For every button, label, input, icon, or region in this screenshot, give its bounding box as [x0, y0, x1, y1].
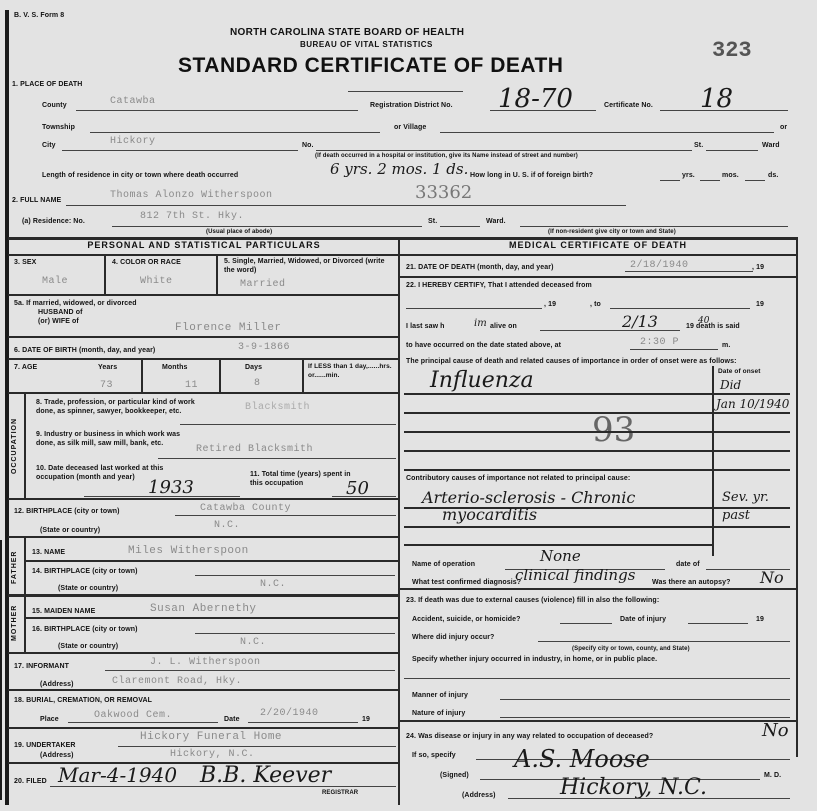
burial-place-label: Place [40, 716, 59, 723]
external-label: 23. If death was due to external causes … [406, 597, 659, 604]
less-than-label: If LESS than 1 day,......hrs. or......mi… [308, 362, 396, 380]
dod-line [625, 271, 753, 272]
cause-line-5 [404, 469, 790, 471]
last-saw-label-1: I last saw h [406, 323, 445, 330]
cause-line-1 [404, 393, 790, 395]
us-mos-label: mos. [722, 172, 739, 179]
contrib-onset-2: past [722, 508, 750, 523]
from-19: , 19 [544, 301, 556, 308]
undertaker-label: 19. UNDERTAKER [14, 742, 76, 749]
city-value: Hickory [110, 136, 156, 147]
trade-line [180, 424, 396, 425]
manner-label: Manner of injury [412, 692, 468, 699]
undertaker-line [118, 746, 396, 747]
residence-length-value: 6 yrs. 2 mos. 1 ds. [330, 160, 468, 178]
cause-label: The principal cause of death and related… [406, 357, 792, 366]
onset-1: Did [720, 378, 741, 392]
undertaker-address-label: (Address) [40, 752, 74, 759]
contributory-label: Contributory causes of importance not re… [406, 474, 706, 483]
city-ward-label: Ward [762, 142, 780, 149]
mother-side-label: MOTHER [11, 596, 18, 650]
cause-line-4 [404, 450, 790, 452]
medical-header-line [400, 254, 796, 256]
county-label: County [42, 102, 67, 109]
burial-date-label: Date [224, 716, 240, 723]
injury-place-line [404, 678, 790, 679]
county-line [76, 110, 358, 111]
race-label: 4. COLOR OR RACE [112, 259, 181, 266]
date-of-label: date of [676, 561, 700, 568]
last-worked-value: 1933 [148, 477, 194, 498]
form-id: B. V. S. Form 8 [14, 12, 64, 19]
age-months-label: Months [162, 364, 187, 371]
township-line [90, 132, 380, 133]
race-value: White [140, 276, 173, 287]
personal-section-title: PERSONAL AND STATISTICAL PARTICULARS [10, 240, 398, 250]
age-years-value: 73 [100, 380, 113, 391]
dod-bottom-line [400, 276, 796, 278]
mother-state-label: (State or country) [58, 643, 118, 650]
injury-bottom-line [400, 720, 796, 722]
specify-whether-note: Specify whether injury occurred in indus… [412, 656, 657, 663]
informant-bottom-line [8, 689, 398, 691]
certify-label: 22. I HEREBY CERTIFY, That I attended de… [406, 282, 592, 289]
spouse-label-3: (or) WIFE of [38, 318, 79, 325]
industry-value: Retired Blacksmith [196, 444, 313, 455]
us-ds-label: ds. [768, 172, 778, 179]
township-label: Township [42, 124, 75, 131]
village-label: or Village [394, 124, 426, 131]
father-side-label: FATHER [11, 540, 18, 594]
accident-label: Accident, suicide, or homicide? [412, 616, 521, 623]
birthplace-line [175, 515, 396, 516]
birthplace-bottom-line [8, 536, 398, 538]
confirmed-label: What test confirmed diagnosis? [412, 579, 521, 586]
us-yrs-label: yrs. [682, 172, 695, 179]
signed-label: (Signed) [440, 772, 469, 779]
industry-line [158, 458, 396, 459]
last-saw-label-2: alive on [490, 323, 517, 330]
date-onset-label: Date of onset [718, 368, 760, 375]
principal-cause: Influenza [430, 368, 534, 393]
filed-value: Mar-4-1940 [58, 763, 177, 787]
bureau-name: BUREAU OF VITAL STATISTICS [300, 40, 433, 49]
cause-line-2 [404, 412, 790, 414]
burial-place-value: Oakwood Cem. [94, 710, 172, 721]
burial-bottom-line [8, 727, 398, 729]
age-divider-1 [141, 358, 143, 392]
mother-birthplace-label: 16. BIRTHPLACE (city or town) [32, 626, 138, 633]
operation-bottom-line [400, 588, 796, 590]
medical-section-title: MEDICAL CERTIFICATE OF DEATH [400, 240, 796, 250]
right-divider [796, 237, 798, 757]
informant-label: 17. INFORMANT [14, 663, 69, 670]
last-saw-gender: im [474, 318, 487, 329]
residence-ward-label: Ward. [486, 218, 506, 225]
city-no-label: No. [302, 142, 314, 149]
occupation-bottom-line [8, 498, 398, 500]
burial-date-line [248, 722, 358, 723]
undertaker-address-value: Hickory, N.C. [170, 749, 255, 760]
last-saw-line [540, 330, 680, 331]
marital-value: Married [240, 279, 286, 290]
to-label: , to [590, 301, 601, 308]
physician-address-line [508, 798, 790, 799]
registrar-signature: B.B. Keever [200, 763, 331, 788]
left-margin-edge [0, 540, 2, 800]
us-ds-line [745, 180, 765, 181]
burial-date-value: 2/20/1940 [260, 708, 319, 719]
stamp-code: 93 [592, 410, 635, 450]
filed-line [50, 786, 396, 787]
row7-line [8, 392, 398, 394]
sex-race-divider [104, 254, 106, 294]
father-name-value: Miles Witherspoon [128, 545, 249, 557]
age-divider-3 [302, 358, 304, 392]
city-label: City [42, 142, 56, 149]
age-days-value: 8 [254, 378, 261, 389]
spouse-label-1: 5a. If married, widowed, or divorced [14, 300, 137, 307]
or-label: or [780, 124, 787, 131]
autopsy-value: No [760, 568, 784, 587]
city-line [62, 150, 298, 151]
onset-2: Jan 10/1940 [716, 397, 789, 411]
title-underline [348, 91, 463, 92]
mother-birthplace-line [195, 633, 395, 634]
row6-line [8, 358, 398, 360]
father-birthplace-label: 14. BIRTHPLACE (city or town) [32, 568, 138, 575]
mother-birthplace-value: N.C. [240, 637, 266, 648]
md-label: M. D. [764, 772, 781, 779]
left-border [5, 10, 9, 805]
physician-address-label: (Address) [462, 792, 496, 799]
mother-maiden-line [24, 617, 398, 619]
age-months-value: 11 [185, 380, 198, 391]
time-value: 2:30 P [640, 337, 679, 348]
contrib-onset-1: Sev. yr. [722, 490, 769, 505]
from-line [406, 308, 542, 309]
street-no-line [316, 150, 692, 151]
us-length-label: How long in U. S. if of foreign birth? [470, 172, 593, 179]
birthplace-label: 12. BIRTHPLACE (city or town) [14, 508, 120, 515]
undertaker-value: Hickory Funeral Home [140, 731, 282, 743]
reg-district-line [490, 110, 596, 111]
certificate-line [660, 110, 788, 111]
father-mother-divider [8, 594, 398, 597]
race-marital-divider [216, 254, 218, 294]
age-label: 7. AGE [14, 364, 37, 371]
full-name-value: Thomas Alonzo Witherspoon [110, 190, 273, 201]
residence-st-line [440, 226, 480, 227]
father-birthplace-value: N.C. [260, 579, 286, 590]
to-line [610, 308, 750, 309]
if-so-label: If so, specify [412, 752, 456, 759]
burial-place-line [68, 722, 218, 723]
agency-name: NORTH CAROLINA STATE BOARD OF HEALTH [230, 27, 464, 38]
last-worked-line [84, 496, 240, 497]
spouse-value: Florence Miller [175, 322, 282, 334]
total-time-line [332, 496, 396, 497]
residence-value: 812 7th St. Hky. [140, 211, 244, 222]
registrar-label: REGISTRAR [322, 790, 358, 796]
physician-address-value: Hickory, N.C. [560, 775, 707, 800]
informant-address-value: Claremont Road, Hky. [112, 676, 242, 687]
spouse-label-2: HUSBAND of [38, 309, 83, 316]
contrib-line-3 [404, 544, 714, 546]
father-birthplace-line [195, 575, 395, 576]
county-value: Catawba [110, 96, 156, 107]
mother-maiden-value: Susan Abernethy [150, 603, 257, 615]
contrib-line-2 [404, 526, 790, 528]
full-name-line [66, 205, 626, 206]
death-said-label: 19 death is said [686, 323, 740, 330]
nonresident-line [520, 226, 788, 227]
occupation-side-label: OCCUPATION [11, 400, 18, 492]
industry-label: 9. Industry or business in which work wa… [36, 430, 196, 448]
cause-line-3 [404, 431, 790, 433]
nature-line [500, 717, 790, 718]
village-line [440, 132, 774, 133]
certificate-title: STANDARD CERTIFICATE OF DEATH [178, 54, 563, 78]
marital-label: 5. Single, Married, Widowed, or Divorced… [224, 257, 394, 275]
birthplace-state-value: N.C. [214, 520, 240, 531]
informant-line [105, 670, 395, 671]
informant-value: J. L. Witherspoon [150, 657, 261, 668]
place-of-death-label: 1. PLACE OF DEATH [12, 81, 82, 88]
occupation-related-value: No [762, 720, 789, 741]
age-years-label: Years [98, 364, 117, 371]
nature-label: Nature of injury [412, 710, 465, 717]
father-name-label: 13. NAME [32, 549, 65, 556]
occupation-side-border [24, 392, 26, 498]
personal-header-line [8, 254, 398, 256]
last-saw-value: 2/13 [622, 312, 658, 331]
birthplace-value: Catawba County [200, 503, 291, 514]
accident-line [560, 623, 612, 624]
dob-label: 6. DATE OF BIRTH (month, day, and year) [14, 347, 155, 354]
operation-label: Name of operation [412, 561, 475, 568]
parents-bottom-line [8, 652, 398, 654]
us-yrs-line [660, 180, 680, 181]
birthplace-state-label: (State or country) [40, 527, 100, 534]
residence-line [112, 226, 422, 227]
nonresident-note: (If non-resident give city or town and S… [548, 229, 676, 235]
filed-label: 20. FILED [14, 778, 47, 785]
sex-value: Male [42, 276, 68, 287]
informant-address-label: (Address) [40, 681, 74, 688]
row5a-line [8, 336, 398, 338]
full-name-label: 2. FULL NAME [12, 197, 61, 204]
full-name-stamp: 33362 [415, 182, 472, 203]
dod-value: 2/18/1940 [630, 260, 689, 271]
where-label: Where did injury occur? [412, 634, 494, 641]
manner-line [500, 699, 790, 700]
dob-value: 3-9-1866 [238, 342, 290, 353]
injury-19: 19 [756, 616, 764, 623]
contributory-2: myocarditis [442, 505, 537, 524]
dod-19: , 19 [752, 264, 764, 271]
dod-label: 21. DATE OF DEATH (month, day, and year) [406, 264, 554, 271]
residence-label: (a) Residence: No. [22, 218, 85, 225]
sex-label: 3. SEX [14, 259, 36, 266]
residence-length-label: Length of residence in city or town wher… [42, 172, 238, 179]
autopsy-label: Was there an autopsy? [652, 579, 730, 586]
total-time-label: 11. Total time (years) spent in this occ… [250, 470, 360, 488]
specify-place-note: (Specify city or town, county, and State… [572, 646, 690, 652]
reg-district-label: Registration District No. [370, 102, 453, 109]
trade-value: Blacksmith [245, 402, 310, 413]
father-state-label: (State or country) [58, 585, 118, 592]
city-st-label: St. [694, 142, 703, 149]
occupation-related-label: 24. Was disease or injury in any way rel… [406, 733, 653, 740]
row3-line [8, 294, 398, 296]
injury-date-label: Date of injury [620, 616, 666, 623]
age-divider-2 [219, 358, 221, 392]
residence-st-label: St. [428, 218, 437, 225]
mother-maiden-label: 15. MAIDEN NAME [32, 608, 95, 615]
hospital-note: (If death occurred in a hospital or inst… [315, 153, 578, 159]
burial-19: 19 [362, 716, 370, 723]
where-line [538, 641, 790, 642]
burial-label: 18. BURIAL, CREMATION, OR REMOVAL [14, 697, 152, 704]
trade-label: 8. Trade, profession, or particular kind… [36, 398, 206, 416]
physician-signature: A.S. Moose [514, 745, 650, 773]
us-mos-line [700, 180, 720, 181]
st-line [706, 150, 758, 151]
to-19: 19 [756, 301, 764, 308]
occurred-label: to have occurred on the date stated abov… [406, 342, 561, 349]
time-line [630, 349, 718, 350]
certificate-label: Certificate No. [604, 102, 653, 109]
age-days-label: Days [245, 364, 262, 371]
stamp-number: 323 [712, 38, 752, 63]
abode-note: (Usual place of abode) [206, 229, 272, 235]
father-name-line [24, 560, 398, 562]
injury-date-line [688, 623, 748, 624]
operation-value: None [540, 547, 581, 565]
m-label: m. [722, 342, 730, 349]
confirmed-value: clinical findings [515, 566, 635, 584]
